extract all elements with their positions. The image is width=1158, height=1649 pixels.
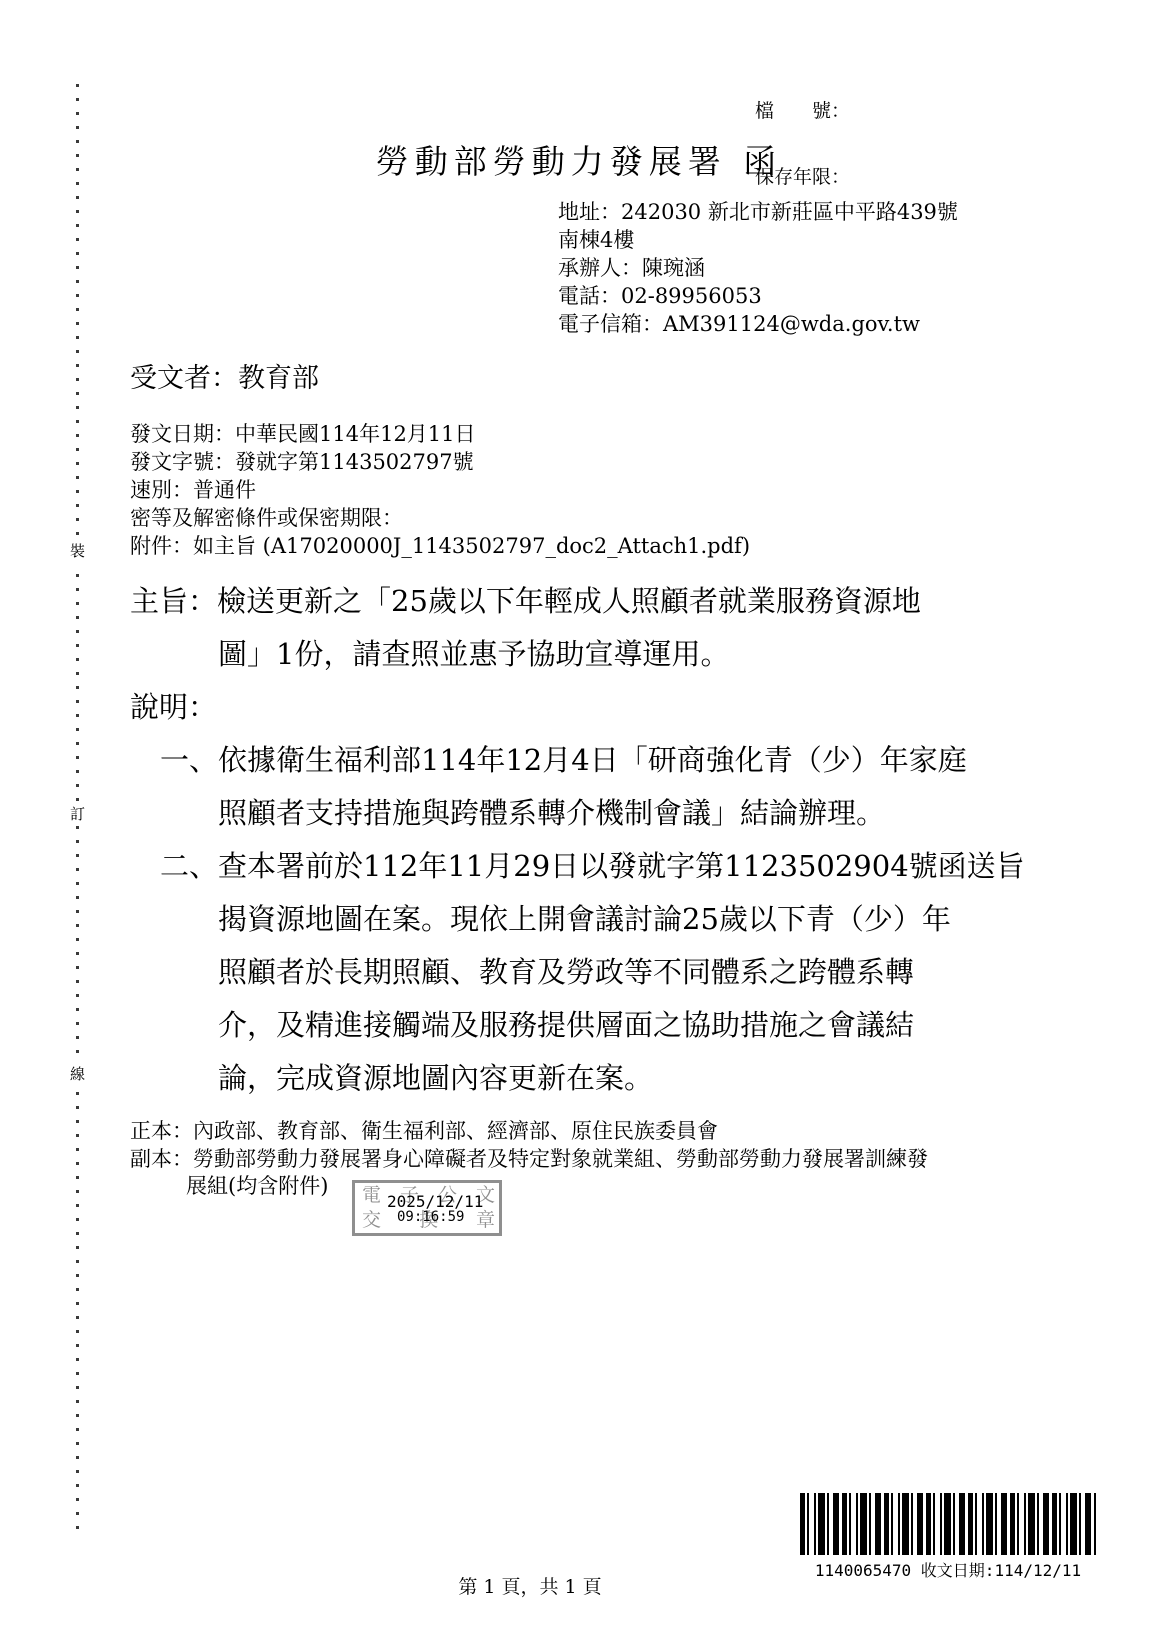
barcode-image <box>800 1493 1096 1555</box>
explanation-line: 一、依據衛生福利部114年12月4日「研商強化青（少）年家庭 <box>160 734 967 787</box>
attachment-line: 附件：如主旨 (A17020000J_1143502797_doc2_Attac… <box>130 532 750 560</box>
sender-phone: 電話：02-89956053 <box>558 282 958 310</box>
document-meta-block: 發文日期：中華民國114年12月11日 發文字號：發就字第1143502797號… <box>130 420 750 560</box>
original-copy-line: 正本：內政部、教育部、衛生福利部、經濟部、原住民族委員會 <box>130 1118 928 1146</box>
explanation-line: 論，完成資源地圖內容更新在案。 <box>160 1052 1025 1105</box>
security-line: 密等及解密條件或保密期限： <box>130 504 750 532</box>
binding-mark: 裝 <box>69 540 86 563</box>
sender-email: 電子信箱：AM391124@wda.gov.tw <box>558 310 958 338</box>
sender-address-line2: 南棟4樓 <box>558 226 958 254</box>
file-number-label: 檔 號： <box>755 100 850 122</box>
electronic-exchange-stamp: 電子公文 交換章 2025/12/11 09:16:59 <box>352 1180 502 1236</box>
sender-contact-block: 地址：242030 新北市新莊區中平路439號 南棟4樓 承辦人：陳琬涵 電話：… <box>558 198 958 338</box>
official-letter-page: 檔 號： 保存年限： 勞動部勞動力發展署 函 地址：242030 新北市新莊區中… <box>0 0 1158 1649</box>
carbon-copy-line: 展組(均含附件) <box>130 1173 928 1201</box>
subject-block: 主旨：檢送更新之「25歲以下年輕成人照顧者就業服務資源地 圖」1份，請查照並惠予… <box>130 575 921 681</box>
doc-number-line: 發文字號：發就字第1143502797號 <box>130 448 750 476</box>
explanation-heading: 說明： <box>130 681 217 734</box>
document-title: 勞動部勞動力發展署 函 <box>0 136 1158 183</box>
explanation-line: 揭資源地圖在案。現依上開會議討論25歲以下青（少）年 <box>160 893 1025 946</box>
binding-mark: 訂 <box>69 803 86 826</box>
stamp-time: 09:16:59 <box>397 1209 464 1225</box>
explanation-item-2: 二、查本署前於112年11月29日以發就字第1123502904號函送旨 揭資源… <box>160 840 1025 1105</box>
explanation-line: 介，及精進接觸端及服務提供層面之協助措施之會議結 <box>160 999 1025 1052</box>
explanation-line: 二、查本署前於112年11月29日以發就字第1123502904號函送旨 <box>160 840 1025 893</box>
receive-barcode-block: 1140065470 收文日期:114/12/11 <box>800 1493 1096 1581</box>
subject-line: 主旨：檢送更新之「25歲以下年輕成人照顧者就業服務資源地 <box>130 575 921 628</box>
binding-mark: 線 <box>69 1063 86 1086</box>
issue-date-line: 發文日期：中華民國114年12月11日 <box>130 420 750 448</box>
barcode-label: 1140065470 收文日期:114/12/11 <box>800 1558 1096 1581</box>
explanation-item-1: 一、依據衛生福利部114年12月4日「研商強化青（少）年家庭 照顧者支持措施與跨… <box>160 734 967 840</box>
explanation-line: 照顧者支持措施與跨體系轉介機制會議」結論辦理。 <box>160 787 967 840</box>
sender-contact-person: 承辦人：陳琬涵 <box>558 254 958 282</box>
sender-address-line1: 地址：242030 新北市新莊區中平路439號 <box>558 198 958 226</box>
priority-line: 速別：普通件 <box>130 476 750 504</box>
recipient-line: 受文者：教育部 <box>130 356 319 395</box>
subject-line: 圖」1份，請查照並惠予協助宣導運用。 <box>130 628 921 681</box>
explanation-line: 照顧者於長期照顧、教育及勞政等不同體系之跨體系轉 <box>160 946 1025 999</box>
distribution-block: 正本：內政部、教育部、衛生福利部、經濟部、原住民族委員會 副本：勞動部勞動力發展… <box>130 1118 928 1201</box>
carbon-copy-line: 副本：勞動部勞動力發展署身心障礙者及特定對象就業組、勞動部勞動力發展署訓練發 <box>130 1146 928 1174</box>
